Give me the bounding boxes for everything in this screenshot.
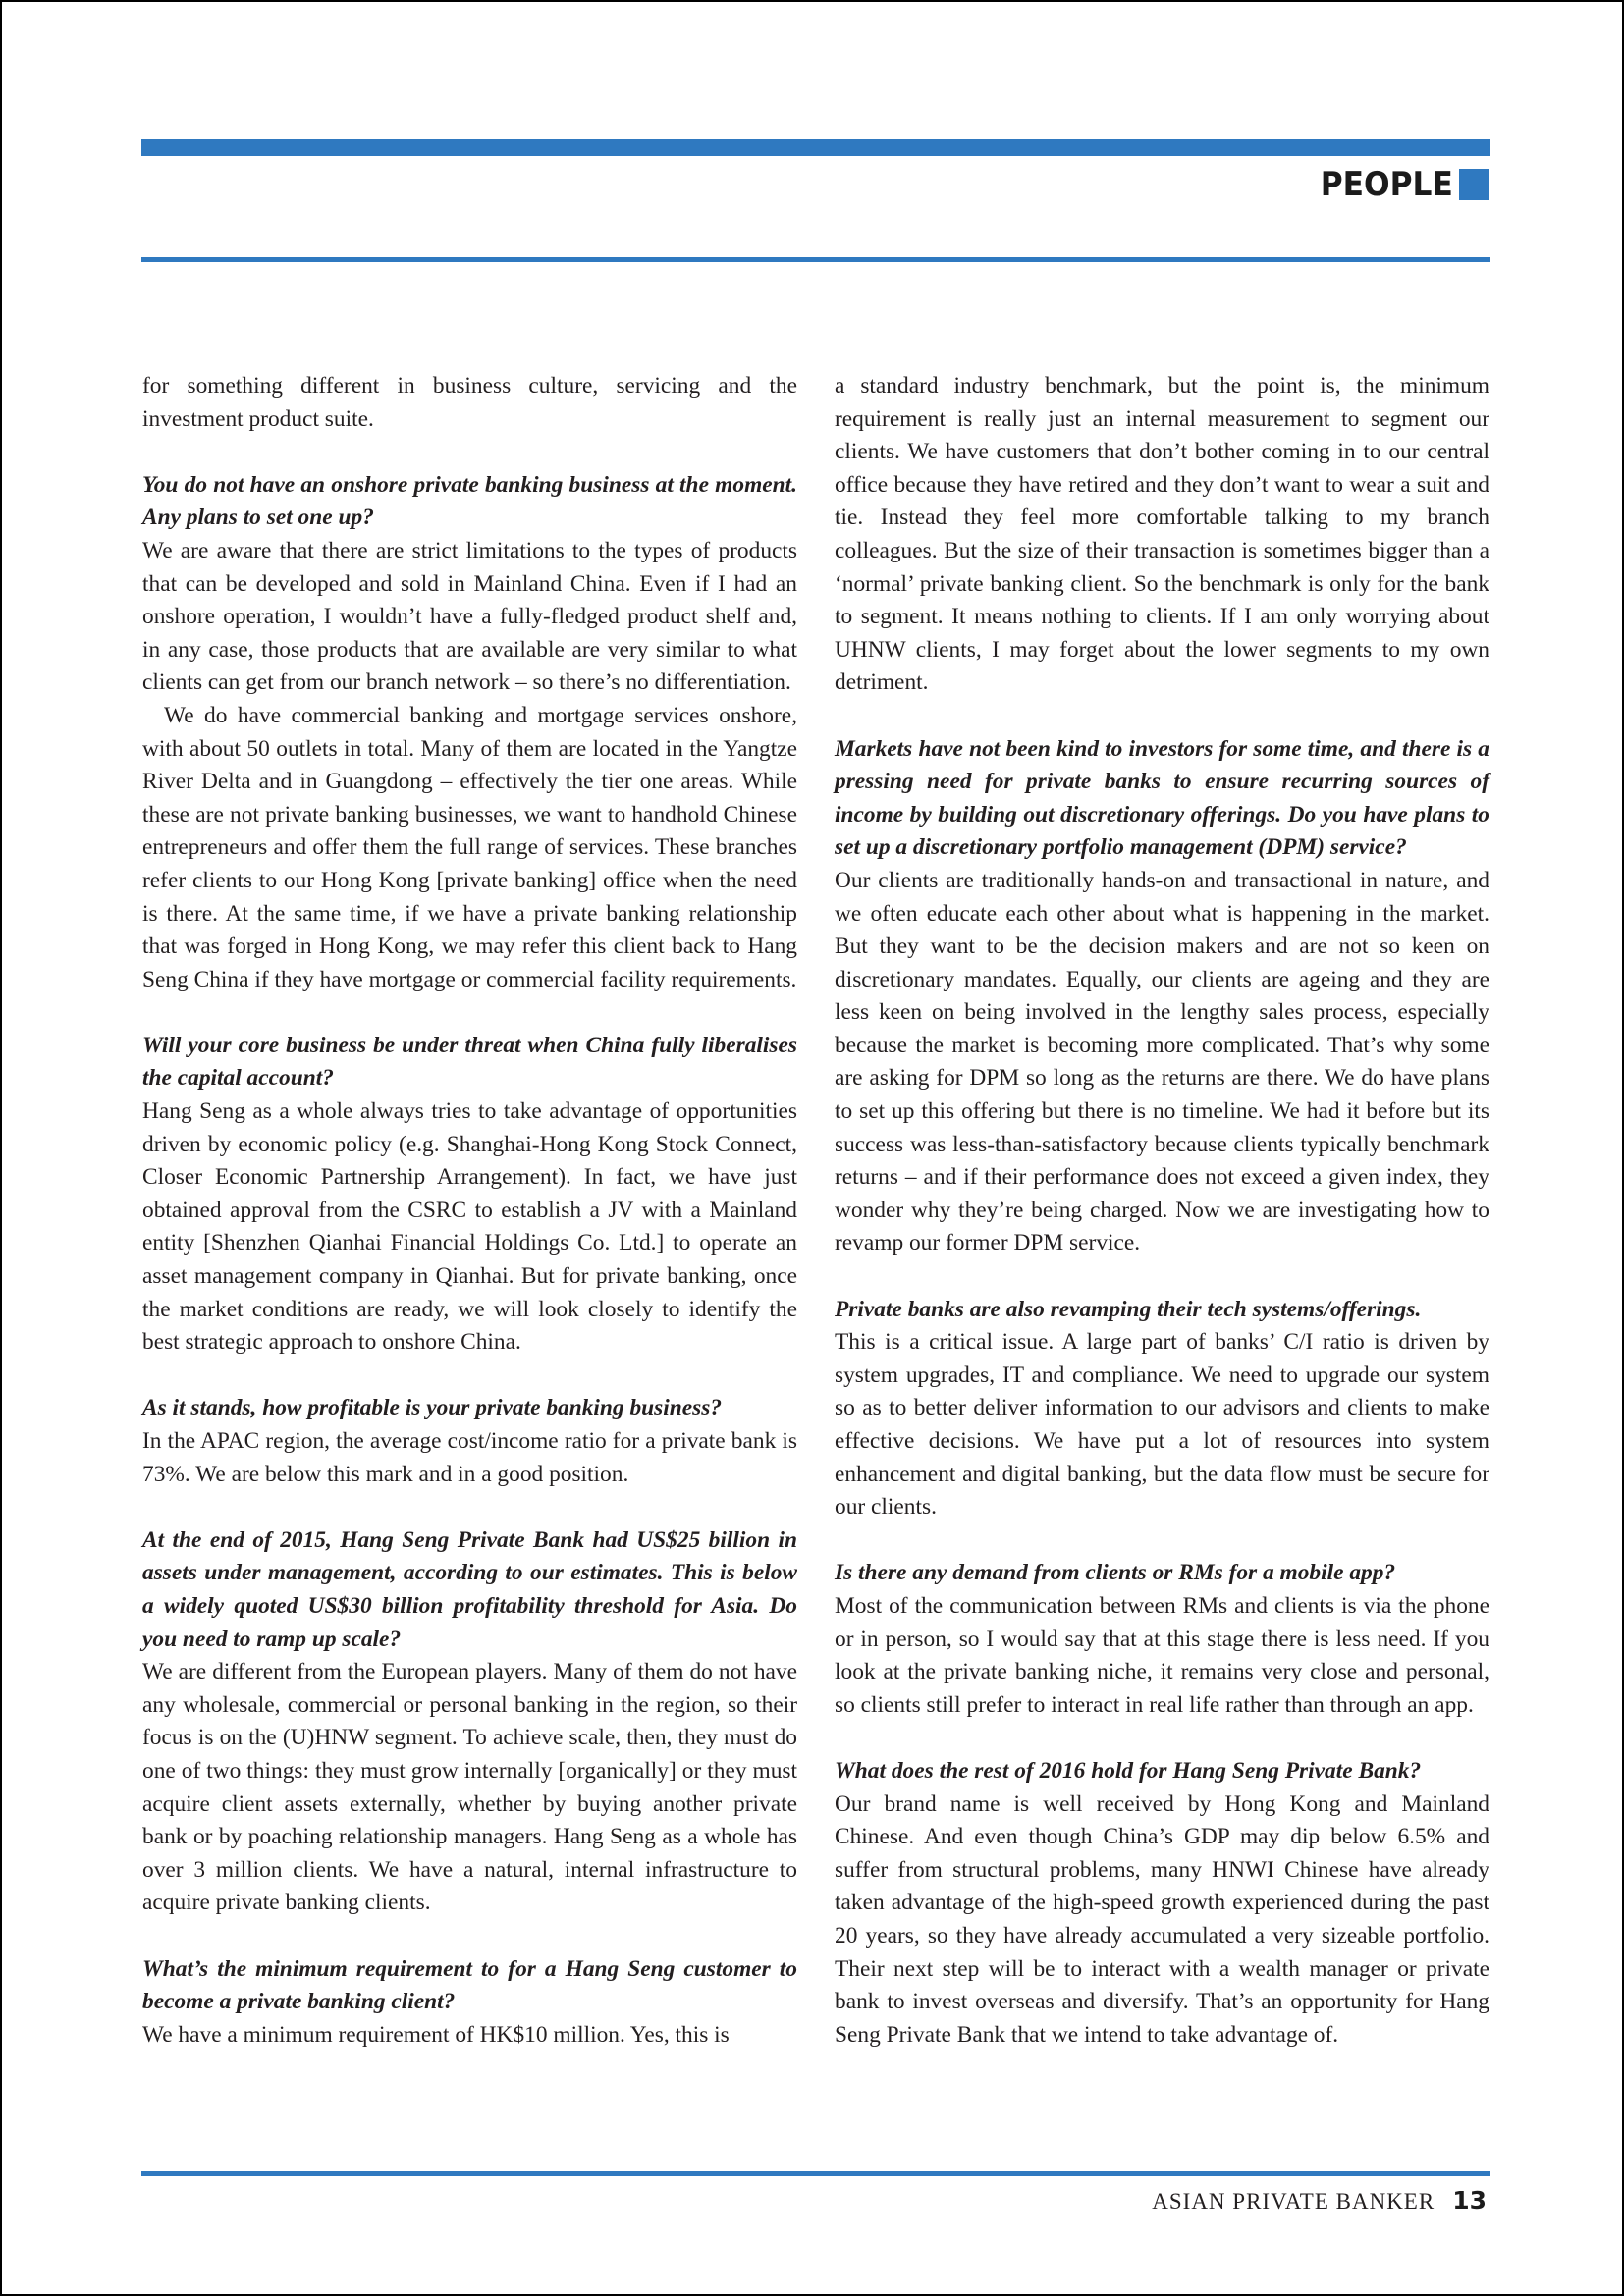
interview-answer: Hang Seng as a whole always tries to tak…	[142, 1095, 797, 1360]
header-rule	[141, 257, 1490, 262]
interview-answer: Our brand name is well received by Hong …	[835, 1789, 1489, 2053]
section-title: PEOPLE	[1321, 167, 1453, 202]
interview-question: Markets have not been kind to investors …	[835, 733, 1489, 865]
page-footer: ASIAN PRIVATE BANKER 13	[1152, 2186, 1487, 2215]
interview-answer: We have a minimum requirement of HK$10 m…	[142, 2019, 797, 2053]
interview-question: What does the rest of 2016 hold for Hang…	[835, 1755, 1489, 1789]
left-column: for something different in business cult…	[142, 370, 797, 2052]
publication-name: ASIAN PRIVATE BANKER	[1152, 2189, 1435, 2215]
top-accent-bar	[141, 139, 1490, 156]
interview-question: Will your core business be under threat …	[142, 1030, 797, 1095]
section-header: PEOPLE	[1309, 167, 1489, 202]
section-square-icon	[1459, 169, 1489, 200]
interview-answer: This is a critical issue. A large part o…	[835, 1326, 1489, 1524]
paragraph-continuation: a standard industry benchmark, but the p…	[835, 370, 1489, 700]
interview-answer: We are aware that there are strict limit…	[142, 535, 797, 700]
interview-question: At the end of 2015, Hang Seng Private Ba…	[142, 1524, 797, 1656]
magazine-page: PEOPLE for something different in busine…	[0, 0, 1624, 2296]
right-column: a standard industry benchmark, but the p…	[835, 370, 1489, 2052]
interview-question: What’s the minimum requirement to for a …	[142, 1953, 797, 2019]
interview-question: As it stands, how profitable is your pri…	[142, 1392, 797, 1425]
interview-question: Private banks are also revamping their t…	[835, 1294, 1489, 1327]
interview-answer: In the APAC region, the average cost/inc…	[142, 1425, 797, 1491]
interview-question: Is there any demand from clients or RMs …	[835, 1557, 1489, 1590]
article-body: for something different in business cult…	[142, 370, 1489, 2052]
interview-answer: Our clients are traditionally hands-on a…	[835, 865, 1489, 1260]
footer-rule	[141, 2171, 1490, 2176]
paragraph-continuation: for something different in business cult…	[142, 370, 797, 436]
interview-answer: We are different from the European playe…	[142, 1656, 797, 1920]
page-number: 13	[1452, 2186, 1487, 2215]
interview-question: You do not have an onshore private banki…	[142, 469, 797, 535]
interview-answer: Most of the communication between RMs an…	[835, 1590, 1489, 1722]
interview-answer: We do have commercial banking and mortga…	[142, 700, 797, 996]
